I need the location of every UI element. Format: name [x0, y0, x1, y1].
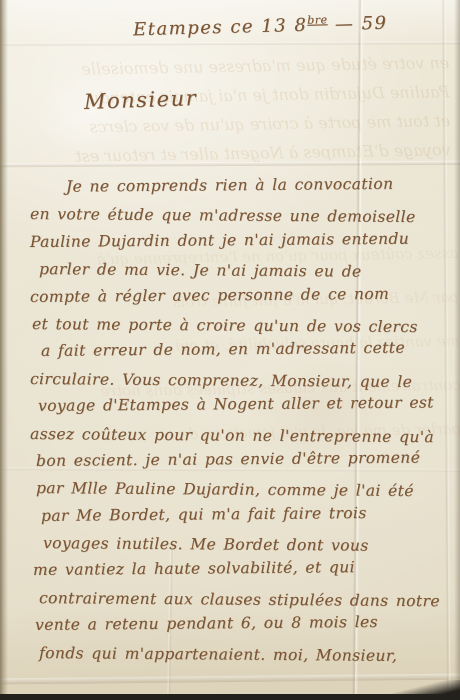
- letter-line: voyage d'Etampes à Nogent aller et retou…: [30, 389, 450, 420]
- letter-line: Pauline Dujardin dont je n'ai jamais ent…: [30, 225, 450, 256]
- paper-right-edge: [454, 0, 460, 700]
- letter-line: fonds qui m'appartenaient. moi, Monsieur…: [30, 640, 450, 671]
- salutation: Monsieur: [84, 86, 198, 114]
- paper-left-edge: [0, 0, 8, 700]
- letter-line: compte à régler avec personne de ce nom: [30, 280, 450, 311]
- letter-body: Je ne comprends rien à la convocation en…: [30, 174, 450, 667]
- horizontal-crease-top: [0, 41, 460, 46]
- bleedthrough-line: et tout me porte à croire qu'un de vos c…: [10, 106, 450, 143]
- dateline-year: — 59: [327, 13, 387, 36]
- letter-paper: en votre étude que m'adresse une demoise…: [0, 0, 460, 695]
- letter-line: a fait erreur de nom, en m'adressant cet…: [30, 335, 450, 366]
- bleedthrough-text-layer: en votre étude que m'adresse une demoise…: [9, 48, 451, 172]
- letter-line: par Me Bordet, qui m'a fait faire trois: [30, 499, 450, 530]
- letter-line: bon escient. je n'ai pas envie d'être pr…: [30, 444, 450, 475]
- dateline-month-superscript: bre: [307, 13, 328, 27]
- letter-line: Je ne comprends rien à la convocation: [30, 170, 450, 201]
- letter-line: me vantiez la haute solvabilité, et qui: [30, 554, 450, 585]
- scan-corner-shadow: [380, 680, 460, 700]
- horizontal-crease-upper: [0, 161, 460, 167]
- bleedthrough-line: en votre étude que m'adresse une demoise…: [9, 48, 449, 85]
- scanned-letter: en votre étude que m'adresse une demoise…: [0, 0, 460, 700]
- top-highlight: [10, 55, 160, 175]
- bleedthrough-line: Pauline Dujardin dont je n'ai jamais ent…: [10, 77, 450, 114]
- letter-line: vente a retenu pendant 6, ou 8 mois les: [30, 609, 450, 640]
